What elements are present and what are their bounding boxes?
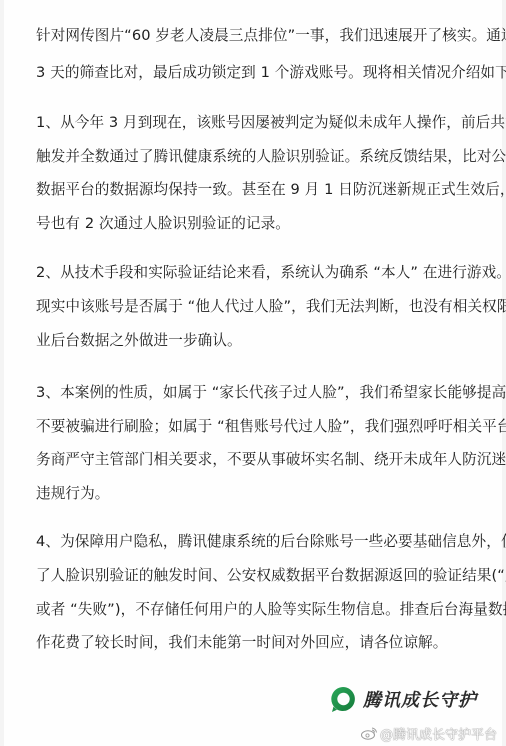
brand-name: 腾讯成长守护 (363, 686, 477, 712)
paragraph-4-line: 了人脸识别验证的触发时间、公安权威数据平台数据源返回的验证结果(“成功” (36, 566, 506, 586)
tencent-growth-guard-logo-icon (329, 685, 357, 713)
paragraph-1-line: 1、从今年 3 月到现在，该账号因屡被判定为疑似未成年人操作，前后共计 17 次 (36, 113, 506, 133)
paragraph-3-line: 务商严守主管部门相关要求，不要从事破坏实名制、绕开未成年人防沉迷机制的 (36, 450, 506, 470)
intro-line: 3 天的筛查比对，最后成功锁定到 1 个游戏账号。现将相关情况介绍如下： (36, 63, 506, 83)
document-page: 针对网传图片“60 岁老人凌晨三点排位”一事，我们迅速展开了核实。通过近 3 天… (4, 0, 502, 746)
weibo-icon (360, 726, 378, 740)
paragraph-3-line: 3、本案例的性质，如属于 “家长代孩子过人脸”，我们希望家长能够提高警惕， (36, 383, 506, 403)
paragraph-4-line: 作花费了较长时间，我们未能第一时间对外回应，请各位谅解。 (36, 633, 447, 653)
paragraph-2-line: 2、从技术手段和实际验证结论来看，系统认为确系 “本人” 在进行游戏。至于 (36, 263, 506, 283)
paragraph-1-line: 数据平台的数据源均保持一致。甚至在 9 月 1 日防沉迷新规正式生效后，该账 (36, 180, 506, 200)
weibo-watermark: @腾讯成长守护平台 (360, 724, 497, 742)
intro-line: 针对网传图片“60 岁老人凌晨三点排位”一事，我们迅速展开了核实。通过近 (36, 26, 506, 46)
paragraph-4-line: 或者 “失败”)，不存储任何用户的人脸等实际生物信息。排查后台海量数据的工 (36, 600, 506, 620)
paragraph-3-line: 违规行为。 (36, 484, 109, 504)
paragraph-4-line: 4、为保障用户隐私，腾讯健康系统的后台除账号一些必要基础信息外，仅记录 (36, 532, 506, 552)
paragraph-1-line: 触发并全数通过了腾讯健康系统的人脸识别验证。系统反馈结果，比对公安权威 (36, 147, 506, 167)
brand-logo: 腾讯成长守护 (329, 681, 477, 717)
paragraph-2-line: 业后台数据之外做进一步确认。 (36, 331, 242, 351)
paragraph-2-line: 现实中该账号是否属于 “他人代过人脸”，我们无法判断，也没有相关权限在企 (36, 297, 506, 317)
paragraph-1-line: 号也有 2 次通过人脸识别验证的记录。 (36, 214, 290, 234)
watermark-text: @腾讯成长守护平台 (380, 724, 497, 743)
paragraph-3-line: 不要被骗进行刷脸；如属于 “租售账号代过人脸”，我们强烈呼吁相关平台和服 (36, 417, 506, 437)
